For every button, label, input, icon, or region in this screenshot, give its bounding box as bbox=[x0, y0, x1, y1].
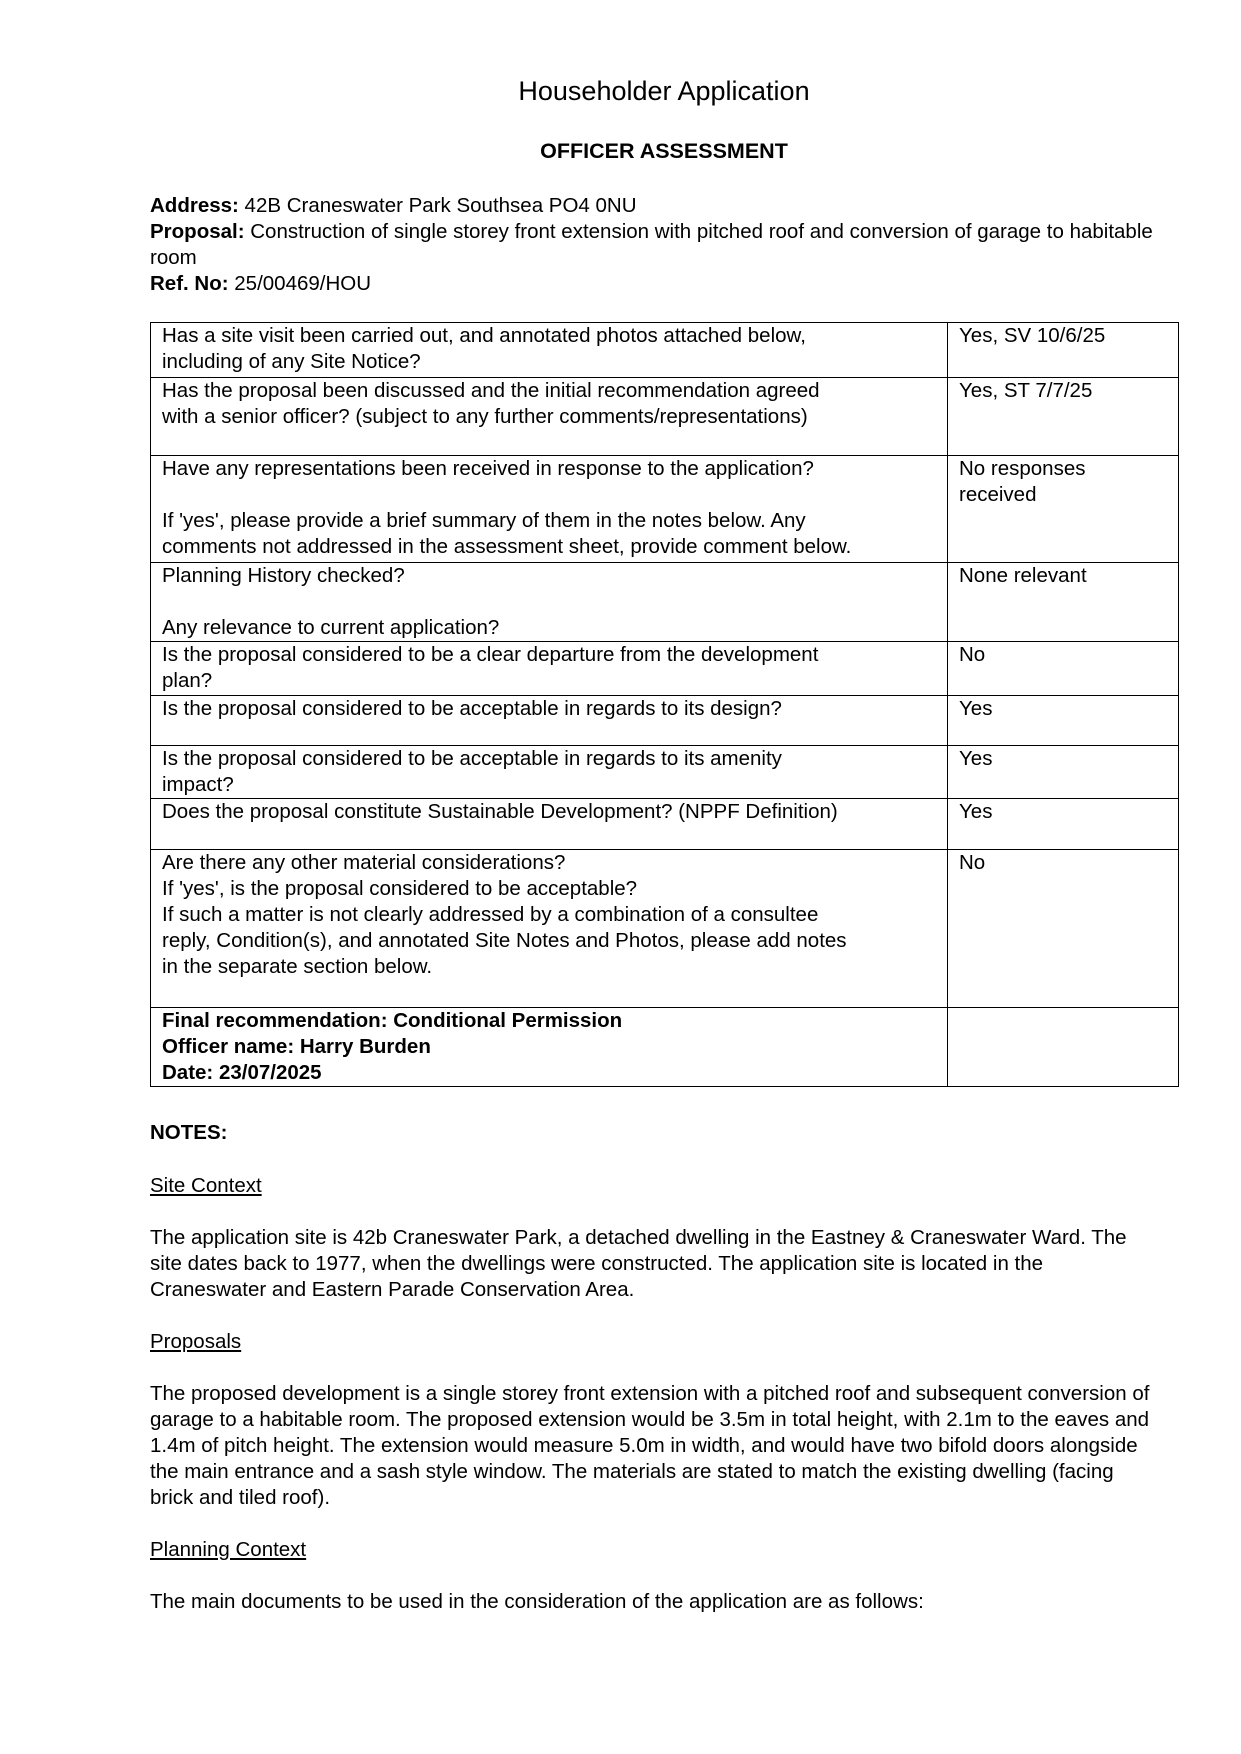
table-row: Has a site visit been carried out, and a… bbox=[151, 323, 1179, 378]
assessment-table: Has a site visit been carried out, and a… bbox=[150, 322, 1179, 1087]
question-text: with a senior officer? (subject to any f… bbox=[162, 404, 937, 430]
assessment-date: Date: 23/07/2025 bbox=[162, 1060, 937, 1086]
notes-section: NOTES: Site ContextThe application site … bbox=[150, 1120, 1160, 1641]
officer-name: Officer name: Harry Burden bbox=[162, 1034, 937, 1060]
document-subtitle: OFFICER ASSESSMENT bbox=[150, 137, 1178, 165]
ref-value: 25/00469/HOU bbox=[229, 272, 371, 295]
question-text: impact? bbox=[162, 772, 937, 798]
section-body: The proposed development is a single sto… bbox=[150, 1381, 1160, 1511]
proposal-line: Proposal: Construction of single storey … bbox=[150, 219, 1160, 271]
question-text bbox=[162, 482, 937, 508]
final-recommendation-cell: Final recommendation: Conditional Permis… bbox=[151, 1008, 948, 1087]
section-body: The application site is 42b Craneswater … bbox=[150, 1225, 1160, 1303]
final-answer-cell bbox=[948, 1008, 1179, 1087]
section-heading: Site Context bbox=[150, 1173, 1160, 1199]
table-row: Is the proposal considered to be accepta… bbox=[151, 696, 1179, 746]
question-text: Have any representations been received i… bbox=[162, 456, 937, 482]
question-text: If 'yes', is the proposal considered to … bbox=[162, 876, 937, 902]
answer-cell: No bbox=[948, 850, 1179, 1008]
section-body: The main documents to be used in the con… bbox=[150, 1589, 1160, 1615]
ref-label: Ref. No: bbox=[150, 272, 229, 295]
answer-cell: Yes, ST 7/7/25 bbox=[948, 378, 1179, 456]
question-cell: Have any representations been received i… bbox=[151, 456, 948, 563]
question-text: Are there any other material considerati… bbox=[162, 850, 937, 876]
answer-cell: Yes, SV 10/6/25 bbox=[948, 323, 1179, 378]
proposal-value: Construction of single storey front exte… bbox=[150, 220, 1153, 269]
ref-line: Ref. No: 25/00469/HOU bbox=[150, 271, 1160, 297]
table-row: Are there any other material considerati… bbox=[151, 850, 1179, 1008]
question-cell: Are there any other material considerati… bbox=[151, 850, 948, 1008]
question-cell: Has a site visit been carried out, and a… bbox=[151, 323, 948, 378]
table-row: Is the proposal considered to be accepta… bbox=[151, 746, 1179, 799]
section-heading: Proposals bbox=[150, 1329, 1160, 1355]
table-row: Does the proposal constitute Sustainable… bbox=[151, 799, 1179, 850]
answer-cell: No responses received bbox=[948, 456, 1179, 563]
question-text: including of any Site Notice? bbox=[162, 349, 937, 375]
application-details: Address: 42B Craneswater Park Southsea P… bbox=[150, 193, 1160, 297]
section-heading: Planning Context bbox=[150, 1537, 1160, 1563]
table-row: Is the proposal considered to be a clear… bbox=[151, 642, 1179, 696]
question-text: Does the proposal constitute Sustainable… bbox=[162, 799, 937, 825]
address-value: 42B Craneswater Park Southsea PO4 0NU bbox=[239, 194, 637, 217]
answer-cell: Yes bbox=[948, 799, 1179, 850]
question-cell: Has the proposal been discussed and the … bbox=[151, 378, 948, 456]
question-cell: Is the proposal considered to be accepta… bbox=[151, 746, 948, 799]
question-text: Any relevance to current application? bbox=[162, 615, 937, 641]
question-text: comments not addressed in the assessment… bbox=[162, 534, 937, 560]
question-text: If 'yes', please provide a brief summary… bbox=[162, 508, 937, 534]
final-recommendation-row: Final recommendation: Conditional Permis… bbox=[151, 1008, 1179, 1087]
answer-cell: Yes bbox=[948, 696, 1179, 746]
final-recommendation: Final recommendation: Conditional Permis… bbox=[162, 1008, 937, 1034]
table-row: Have any representations been received i… bbox=[151, 456, 1179, 563]
answer-cell: Yes bbox=[948, 746, 1179, 799]
table-row: Has the proposal been discussed and the … bbox=[151, 378, 1179, 456]
question-text: Is the proposal considered to be a clear… bbox=[162, 642, 937, 668]
question-cell: Is the proposal considered to be a clear… bbox=[151, 642, 948, 696]
answer-cell: None relevant bbox=[948, 563, 1179, 642]
question-text: Has a site visit been carried out, and a… bbox=[162, 323, 937, 349]
address-line: Address: 42B Craneswater Park Southsea P… bbox=[150, 193, 1160, 219]
question-cell: Planning History checked?Any relevance t… bbox=[151, 563, 948, 642]
notes-heading: NOTES: bbox=[150, 1120, 1160, 1146]
question-text: Is the proposal considered to be accepta… bbox=[162, 746, 937, 772]
document-title: Householder Application bbox=[150, 74, 1178, 108]
question-cell: Does the proposal constitute Sustainable… bbox=[151, 799, 948, 850]
question-text: Is the proposal considered to be accepta… bbox=[162, 696, 937, 722]
question-text: reply, Condition(s), and annotated Site … bbox=[162, 928, 937, 954]
answer-cell: No bbox=[948, 642, 1179, 696]
question-text: plan? bbox=[162, 668, 937, 694]
question-text: If such a matter is not clearly addresse… bbox=[162, 902, 937, 928]
question-cell: Is the proposal considered to be accepta… bbox=[151, 696, 948, 746]
question-text: Has the proposal been discussed and the … bbox=[162, 378, 937, 404]
question-text: Planning History checked? bbox=[162, 563, 937, 589]
question-text bbox=[162, 589, 937, 615]
address-label: Address: bbox=[150, 194, 239, 217]
table-row: Planning History checked?Any relevance t… bbox=[151, 563, 1179, 642]
question-text: in the separate section below. bbox=[162, 954, 937, 980]
proposal-label: Proposal: bbox=[150, 220, 245, 243]
